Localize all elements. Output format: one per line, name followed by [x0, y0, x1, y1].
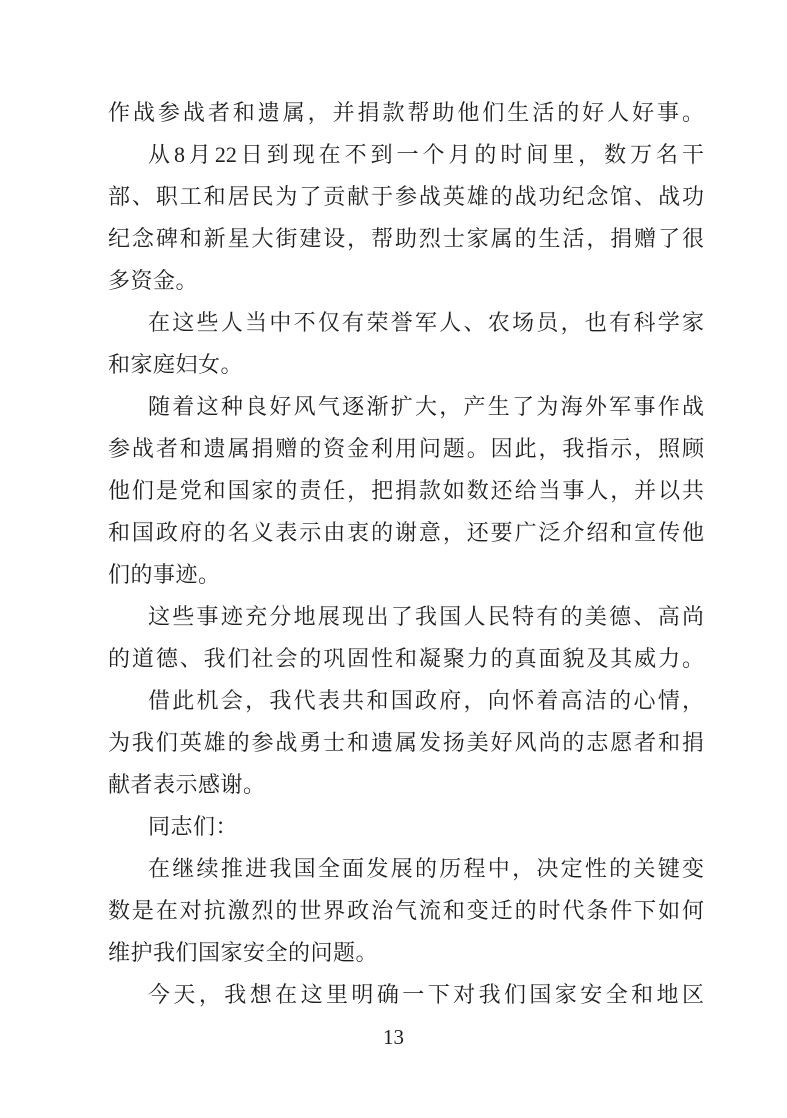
paragraph: 借此机会，我代表共和国政府，向怀着高洁的心情，为我们英雄的参战勇士和遗属发扬美好… [108, 680, 704, 806]
paragraph: 从8月22日到现在不到一个月的时间里，数万名干部、职工和居民为了贡献于参战英雄的… [108, 134, 704, 302]
text-line: 在继续推进我国全面发展的历程中，决定性的关键变 [108, 848, 704, 890]
text-line: 和家庭妇女。 [108, 344, 704, 386]
text-line: 数是在对抗激烈的世界政治气流和变迁的时代条件下如何 [108, 890, 704, 932]
text-line: 们的事迹。 [108, 554, 704, 596]
text-line: 纪念碑和新星大街建设，帮助烈士家属的生活，捐赠了很 [108, 218, 704, 260]
text-line: 这些事迹充分地展现出了我国人民特有的美德、高尚 [108, 596, 704, 638]
text-line: 今天，我想在这里明确一下对我们国家安全和地区 [108, 974, 704, 1016]
text-line: 同志们： [108, 806, 704, 848]
paragraph: 今天，我想在这里明确一下对我们国家安全和地区 [108, 974, 704, 1016]
text-line: 多资金。 [108, 260, 704, 302]
paragraph: 作战参战者和遗属，并捐款帮助他们生活的好人好事。 [108, 92, 704, 134]
text-line: 从8月22日到现在不到一个月的时间里，数万名干 [108, 134, 704, 176]
text-line: 维护我们国家安全的问题。 [108, 932, 704, 974]
text-line: 参战者和遗属捐赠的资金利用问题。因此，我指示，照顾 [108, 428, 704, 470]
text-line: 和国政府的名义表示由衷的谢意，还要广泛介绍和宣传他 [108, 512, 704, 554]
text-line: 部、职工和居民为了贡献于参战英雄的战功纪念馆、战功 [108, 176, 704, 218]
paragraph: 同志们： [108, 806, 704, 848]
text-line: 为我们英雄的参战勇士和遗属发扬美好风尚的志愿者和捐 [108, 722, 704, 764]
paragraph: 随着这种良好风气逐渐扩大，产生了为海外军事作战参战者和遗属捐赠的资金利用问题。因… [108, 386, 704, 596]
text-line: 随着这种良好风气逐渐扩大，产生了为海外军事作战 [108, 386, 704, 428]
paragraph: 这些事迹充分地展现出了我国人民特有的美德、高尚的道德、我们社会的巩固性和凝聚力的… [108, 596, 704, 680]
text-line: 在这些人当中不仅有荣誉军人、农场员，也有科学家 [108, 302, 704, 344]
paragraph: 在这些人当中不仅有荣誉军人、农场员，也有科学家和家庭妇女。 [108, 302, 704, 386]
text-line: 借此机会，我代表共和国政府，向怀着高洁的心情， [108, 680, 704, 722]
page-number: 13 [0, 1022, 787, 1052]
text-line: 作战参战者和遗属，并捐款帮助他们生活的好人好事。 [108, 92, 704, 134]
paragraph: 在继续推进我国全面发展的历程中，决定性的关键变数是在对抗激烈的世界政治气流和变迁… [108, 848, 704, 974]
text-line: 他们是党和国家的责任，把捐款如数还给当事人，并以共 [108, 470, 704, 512]
text-block: 作战参战者和遗属，并捐款帮助他们生活的好人好事。从8月22日到现在不到一个月的时… [108, 92, 704, 1016]
text-line: 的道德、我们社会的巩固性和凝聚力的真面貌及其威力。 [108, 638, 704, 680]
text-line: 献者表示感谢。 [108, 764, 704, 806]
document-page: 作战参战者和遗属，并捐款帮助他们生活的好人好事。从8月22日到现在不到一个月的时… [0, 0, 787, 1118]
